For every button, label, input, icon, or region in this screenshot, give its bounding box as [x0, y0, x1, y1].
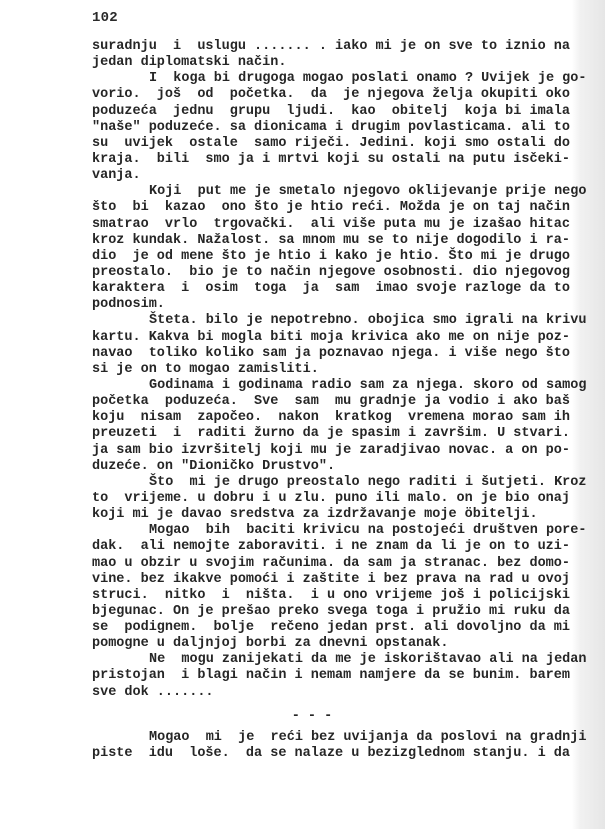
text-line: Mogao mi je reći bez uvijanja da poslovi…	[92, 730, 562, 746]
text-line: Godinama i godinama radio sam za njega. …	[92, 378, 562, 394]
text-line: sve dok .......	[92, 685, 562, 701]
text-line: podnosim.	[92, 297, 562, 313]
text-line: pristojan i blagi način i nemam namjere …	[92, 668, 562, 684]
text-line: kraja. bili smo ja i mrtvi koji su ostal…	[92, 152, 562, 168]
text-line: su uvijek ostale samo riječi. Jedini. ko…	[92, 136, 562, 152]
scanned-page: 102 suradnju i uslugu ....... . iako mi …	[0, 0, 605, 829]
text-line: vorio. još od početka. da je njegova žel…	[92, 87, 562, 103]
section-separator: - - -	[92, 709, 562, 725]
spacer	[92, 701, 562, 709]
text-line: preuzeti i raditi žurno da je spasim i z…	[92, 426, 562, 442]
text-line: "naše" poduzeće. sa dionicama i drugim p…	[92, 120, 562, 136]
text-line: si je on to mogao zamisliti.	[92, 362, 562, 378]
text-line: struci. nitko i ništa. i u ono vrijeme j…	[92, 588, 562, 604]
text-line: dak. ali nemojte zaboraviti. i ne znam d…	[92, 539, 562, 555]
text-line: se podignem. bolje rečeno jedan prst. al…	[92, 620, 562, 636]
text-line: Što mi je drugo preostalo nego raditi i …	[92, 475, 562, 491]
text-line: ja sam bio izvršitelj koji mu je zaradji…	[92, 443, 562, 459]
text-line: koji mi je davao sredstva za izdržavanje…	[92, 507, 562, 523]
text-line: pomogne u daljnjoj borbi za dnevni opsta…	[92, 636, 562, 652]
text-line: što bi kazao ono što je htio reći. Možda…	[92, 200, 562, 216]
text-line: koju nisam započeo. nakon kratkog vremen…	[92, 410, 562, 426]
text-line: Mogao bih baciti krivicu na postojeći dr…	[92, 523, 562, 539]
text-line: smatrao vrlo trgovački. ali više puta mu…	[92, 217, 562, 233]
text-line: navao toliko koliko sam ja poznavao njeg…	[92, 346, 562, 362]
page-number: 102	[92, 10, 118, 26]
text-line: mao u obzir u svojim računima. da sam ja…	[92, 556, 562, 572]
text-line: suradnju i uslugu ....... . iako mi je o…	[92, 39, 562, 55]
body-text: suradnju i uslugu ....... . iako mi je o…	[92, 39, 562, 762]
text-line: preostalo. bio je to način njegove osobn…	[92, 265, 562, 281]
text-line: dio je od mene što je htio i kako je hti…	[92, 249, 562, 265]
text-line: I koga bi drugoga mogao poslati onamo ? …	[92, 71, 562, 87]
text-line: poduzeća jednu grupu ljudi. kao obitelj …	[92, 104, 562, 120]
text-line: karaktera i osim toga ja sam imao svoje …	[92, 281, 562, 297]
text-line: Koji put me je smetalo njegovo oklijevan…	[92, 184, 562, 200]
text-line: to vrijeme. u dobru i u zlu. puno ili ma…	[92, 491, 562, 507]
text-line: Ne mogu zanijekati da me je iskorištavao…	[92, 652, 562, 668]
text-line: duzeće. on "Dioničko Drustvo".	[92, 459, 562, 475]
text-line: početka poduzeća. Sve sam mu gradnje ja …	[92, 394, 562, 410]
text-line: jedan diplomatski način.	[92, 55, 562, 71]
text-line: kroz kundak. Nažalost. sa mnom mu se to …	[92, 233, 562, 249]
text-line: vine. bez ikakve pomoći i zaštite i bez …	[92, 572, 562, 588]
text-line: bjegunac. On je prešao preko svega toga …	[92, 604, 562, 620]
text-line: piste idu loše. da se nalaze u bezizgled…	[92, 746, 562, 762]
text-line: Šteta. bilo je nepotrebno. obojica smo i…	[92, 313, 562, 329]
text-line: vanja.	[92, 168, 562, 184]
text-line: kartu. Kakva bi mogla biti moja krivica …	[92, 330, 562, 346]
